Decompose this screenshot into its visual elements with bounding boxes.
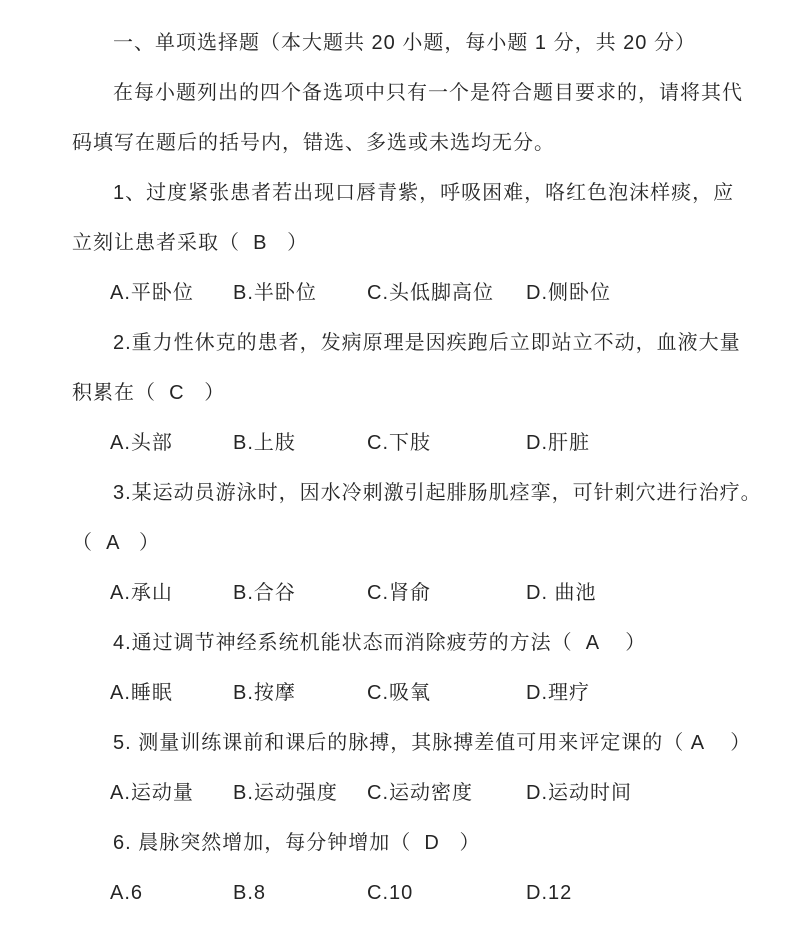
- question-5-option-d: D.运动时间: [526, 768, 632, 818]
- question-1-answer-line: 立刻让患者采取（ B ）: [0, 218, 804, 268]
- question-1-text: 1、过度紧张患者若出现口唇青紫，呼吸困难，咯红色泡沫样痰，应: [0, 168, 804, 218]
- question-4-option-c: C.吸氧: [367, 668, 431, 718]
- question-4-option-d: D.理疗: [526, 668, 590, 718]
- question-1-option-d: D.侧卧位: [526, 268, 611, 318]
- question-6-text: 6. 晨脉突然增加，每分钟增加（ D ）: [0, 818, 804, 868]
- question-3-text: 3.某运动员游泳时，因水冷刺激引起腓肠肌痉挛，可针刺穴进行治疗。: [0, 468, 804, 518]
- question-4-option-b: B.按摩: [233, 668, 296, 718]
- question-6-option-c: C.10: [367, 868, 413, 918]
- question-3-option-c: C.肾俞: [367, 568, 431, 618]
- question-4-options: A.睡眠 B.按摩 C.吸氧 D.理疗: [0, 668, 804, 718]
- question-3-options: A.承山 B.合谷 C.肾俞 D. 曲池: [0, 568, 804, 618]
- question-6-option-b: B.8: [233, 868, 266, 918]
- question-2-options: A.头部 B.上肢 C.下肢 D.肝脏: [0, 418, 804, 468]
- question-4-option-a: A.睡眠: [110, 668, 173, 718]
- question-3-option-b: B.合谷: [233, 568, 296, 618]
- question-6-option-d: D.12: [526, 868, 572, 918]
- question-1-options: A.平卧位 B.半卧位 C.头低脚高位 D.侧卧位: [0, 268, 804, 318]
- question-2-option-b: B.上肢: [233, 418, 296, 468]
- instruction-line-2: 码填写在题后的括号内，错选、多选或未选均无分。: [0, 118, 804, 168]
- question-3-option-a: A.承山: [110, 568, 173, 618]
- question-5-option-a: A.运动量: [110, 768, 194, 818]
- exam-page: 一、单项选择题（本大题共 20 小题，每小题 1 分，共 20 分） 在每小题列…: [0, 0, 804, 945]
- question-5-options: A.运动量 B.运动强度 C.运动密度 D.运动时间: [0, 768, 804, 818]
- question-5-option-b: B.运动强度: [233, 768, 338, 818]
- question-5-text: 5. 测量训练课前和课后的脉搏，其脉搏差值可用来评定课的（ A ）: [0, 718, 804, 768]
- instruction-line-1: 在每小题列出的四个备选项中只有一个是符合题目要求的，请将其代: [0, 68, 804, 118]
- question-2-option-d: D.肝脏: [526, 418, 590, 468]
- question-2-option-c: C.下肢: [367, 418, 431, 468]
- question-1-option-b: B.半卧位: [233, 268, 317, 318]
- question-2-option-a: A.头部: [110, 418, 173, 468]
- question-1-option-c: C.头低脚高位: [367, 268, 494, 318]
- question-4-text: 4.通过调节神经系统机能状态而消除疲劳的方法（ A ）: [0, 618, 804, 668]
- question-2-answer-line: 积累在（ C ）: [0, 368, 804, 418]
- question-3-option-d: D. 曲池: [526, 568, 597, 618]
- question-6-options: A.6 B.8 C.10 D.12: [0, 868, 804, 918]
- question-1-option-a: A.平卧位: [110, 268, 194, 318]
- question-5-option-c: C.运动密度: [367, 768, 473, 818]
- question-6-option-a: A.6: [110, 868, 143, 918]
- question-3-answer-line: （ A ）: [0, 518, 804, 568]
- section-title: 一、单项选择题（本大题共 20 小题，每小题 1 分，共 20 分）: [0, 18, 804, 68]
- question-2-text: 2.重力性休克的患者，发病原理是因疾跑后立即站立不动，血液大量: [0, 318, 804, 368]
